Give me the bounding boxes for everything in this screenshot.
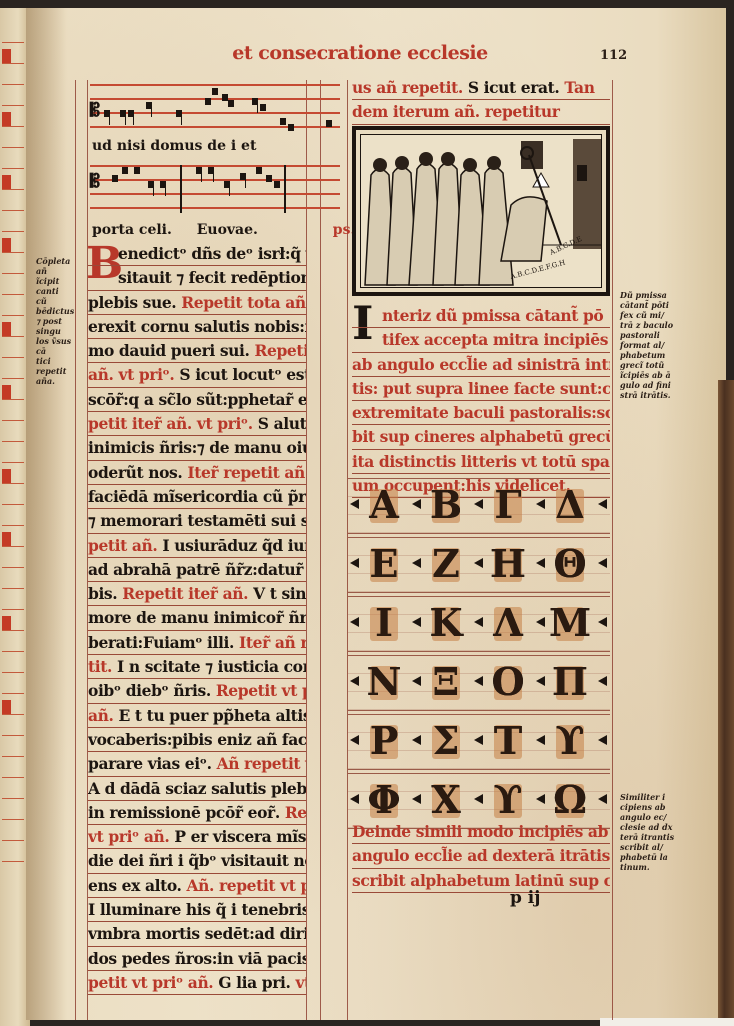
text-line: inimicis ñris:⁊ de manu oium q xyxy=(88,436,306,460)
rubric-span: vt pri xyxy=(295,973,306,992)
marginal-line: format al/ xyxy=(620,340,678,350)
greek-letter: Θ xyxy=(548,542,592,586)
greek-letter-row: ΝΞΟΠ xyxy=(348,655,610,711)
greek-letter: Χ xyxy=(424,778,468,822)
greek-letter-glyph: Ξ xyxy=(433,659,460,704)
greek-letter: Φ xyxy=(362,778,406,822)
text-line: plebis sue. Repetit tota añ. E t xyxy=(88,291,306,315)
text-line: A d dādā sciaz salutis plebi eiᵒ: xyxy=(88,777,306,801)
signature-mark: p ij xyxy=(510,888,540,908)
greek-letter: Ω xyxy=(548,778,592,822)
punctuation-mark-icon xyxy=(474,676,483,686)
music-staff: 𝄡 xyxy=(90,84,340,128)
punctuation-mark-icon xyxy=(598,499,607,509)
marginal-line: cātant̃ pōti xyxy=(620,300,678,310)
punctuation-mark-icon xyxy=(536,558,545,568)
text-span: faciēdā mĩsericordia cũ p̃ribᵒ ñris… xyxy=(88,487,306,506)
punctuation-mark-icon xyxy=(412,794,421,804)
text-span: G lia pri. xyxy=(218,973,295,992)
greek-letter: Ο xyxy=(486,660,530,704)
text-line: dem iterum añ. repetitur xyxy=(352,100,610,124)
rubric-span: petit vt priᵒ añ. xyxy=(88,973,218,992)
rubric-span: Añ repetit vt priᵒ xyxy=(217,754,306,773)
c-clef-icon: 𝄡 xyxy=(90,173,100,191)
marginal-line: cipiens ab xyxy=(620,802,678,812)
greek-letter: Ζ xyxy=(424,542,468,586)
greek-letter-glyph: Ν xyxy=(367,659,402,704)
greek-letter-glyph: Χ xyxy=(431,777,460,822)
text-line: oibᵒ diebᵒ ñris. Repetit vt prius xyxy=(88,679,306,703)
text-line: bis. Repetit iter̃ añ. V t sine ti xyxy=(88,582,306,606)
punctuation-mark-icon xyxy=(474,794,483,804)
marginal-line: phabetum xyxy=(620,350,678,360)
text-line: vt priᵒ añ. P er viscera mĩsericor xyxy=(88,825,306,849)
greek-letter-glyph: Ι xyxy=(375,600,393,645)
greek-letter-glyph: Γ xyxy=(495,482,522,527)
rubric-span: petit añ. xyxy=(88,536,162,555)
text-line: in remissionē pcōr̃ eor̃. Repetit xyxy=(88,801,306,825)
column-rule xyxy=(320,80,321,1020)
greek-letter: Λ xyxy=(486,601,530,645)
punctuation-mark-icon xyxy=(350,558,359,568)
rubric-line: Deinde simili modo incipiēs ab xyxy=(352,820,610,844)
text-span: die dei ñri i q̃bᵒ visitauit nos ori xyxy=(88,851,306,870)
text-line: enedictᵒ dñs deᵒ isrł:q̃ vi xyxy=(88,242,306,266)
punctuation-mark-icon xyxy=(412,558,421,568)
rubric-line: ita distinctis litteris vt totū spaci xyxy=(352,450,610,474)
text-span: ad abrahā patrē ñr̃z:datur̃ se no xyxy=(88,560,306,579)
marginal-line: ĩcipiēs ab ā xyxy=(620,370,678,380)
rubric-line: angulo eccl̃ie ad dexterā itrātis: xyxy=(352,844,610,868)
text-line: mo dauid pueri sui. Repetit tota xyxy=(88,339,306,363)
greek-letter: Ρ xyxy=(362,719,406,763)
right-rubric-text: nteriz dũ pmissa cātant̃ pōtifex acce… xyxy=(352,304,610,498)
rubric-line: scribit alphabetum latinū sup ci. xyxy=(352,869,610,893)
greek-letter: Ξ xyxy=(424,660,468,704)
text-span: more de manu inimicor̃ ñror̃ li xyxy=(88,608,306,627)
punctuation-mark-icon xyxy=(474,558,483,568)
greek-letter-row: ΙΚΛΜ xyxy=(348,596,610,652)
punctuation-mark-icon xyxy=(536,735,545,745)
marginal-line: Dũ pmissa xyxy=(620,290,678,300)
marginal-line: Cōpleta añ xyxy=(36,256,80,276)
greek-letter: ϒ xyxy=(548,719,592,763)
euouae-text: Euovae. xyxy=(197,222,258,238)
greek-letter: Β xyxy=(424,483,468,527)
rubric-span: Iter̃ repetit añ. xyxy=(187,463,306,482)
punctuation-mark-icon xyxy=(536,617,545,627)
punctuation-mark-icon xyxy=(474,617,483,627)
punctuation-mark-icon xyxy=(598,735,607,745)
greek-letter-glyph: Ο xyxy=(491,659,524,704)
column-rule xyxy=(612,80,613,1020)
greek-letter-glyph: ϒ xyxy=(493,777,522,822)
left-marginal-note: Cōpleta añĩcipit canticũ bēdictus⁊ po… xyxy=(36,256,80,386)
punctuation-mark-icon xyxy=(474,735,483,745)
text-span: parare vias eiᵒ. xyxy=(88,754,217,773)
greek-letter: ϒ xyxy=(486,778,530,822)
punctuation-mark-icon xyxy=(474,499,483,509)
text-span: scōr̃:q a sc̃lo sũt:pphetar̃ eiᵒ. xyxy=(88,390,306,409)
rubric-line: nteriz dũ pmissa cātant̃ pō xyxy=(352,304,610,328)
greek-letter-glyph: Θ xyxy=(553,541,586,586)
rubric-span: us añ repetit. xyxy=(352,78,468,97)
rubric-span: vt priᵒ añ. xyxy=(88,827,174,846)
text-span: V t sine ti xyxy=(253,584,306,603)
marginal-line: strā itrātis. xyxy=(620,390,678,400)
text-line: añ. vt priᵒ. S icut locutᵒ est pos xyxy=(88,363,306,387)
text-span: enedictᵒ dñs deᵒ isrł:q̃ vi xyxy=(118,244,306,263)
rubric-span: tit. xyxy=(88,657,117,676)
consecration-scene-image: A.B.C.D.E A.B.C.D.E.F.G.H xyxy=(361,135,602,288)
text-span: bis. xyxy=(88,584,122,603)
punctuation-mark-icon xyxy=(412,499,421,509)
punctuation-mark-icon xyxy=(350,617,359,627)
greek-letter-glyph: Μ xyxy=(549,600,591,645)
greek-letter-glyph: Φ xyxy=(367,777,400,822)
text-span: in remissionē pcōr̃ eor̃. xyxy=(88,803,285,822)
chant-lyric: porta celi. Euovae. ps. xyxy=(92,222,355,238)
greek-letter: Τ xyxy=(486,719,530,763)
text-span: I n scitate ⁊ iusticia corā ipso xyxy=(117,657,306,676)
text-span: inimicis ñris:⁊ de manu oium q xyxy=(88,438,306,457)
marginal-line: scribit al/ xyxy=(620,842,678,852)
punctuation-mark-icon xyxy=(350,676,359,686)
greek-letter-glyph: Α xyxy=(369,482,398,527)
text-line: berati:Fuiamᵒ illi. Iter̃ añ repe xyxy=(88,631,306,655)
rubric-span: Añ. repetit vt prius. xyxy=(187,876,306,895)
greek-letter-glyph: Λ xyxy=(493,600,522,645)
punctuation-mark-icon xyxy=(536,499,545,509)
right-bottom-rubric-text: Deinde simili modo incipiēs abangulo ec… xyxy=(352,820,610,893)
greek-letter-glyph: Ρ xyxy=(370,718,399,763)
greek-letter: Ι xyxy=(362,601,406,645)
marginal-line: ĩcipit canti xyxy=(36,276,80,296)
rubric-line: tifex accepta mitra incipiēs xyxy=(352,328,610,352)
rubric-line: tis: put supra linee facte sunt:cuz xyxy=(352,377,610,401)
text-span: ⁊ memorari testamēti sui sc̃ti. xyxy=(88,511,306,530)
punctuation-mark-icon xyxy=(412,617,421,627)
text-span: plebis sue. xyxy=(88,293,181,312)
left-text-column: enedictᵒ dñs deᵒ isrł:q̃ visitauit ⁊ fec… xyxy=(88,242,306,995)
text-line: vmbra mortis sedēt:ad dirigen xyxy=(88,922,306,946)
greek-letter-glyph: ϒ xyxy=(555,718,584,763)
column-rule xyxy=(75,80,76,1020)
text-span: erexit cornu salutis nobis:in do xyxy=(88,317,306,336)
rubric-span: Tan xyxy=(564,78,594,97)
text-span: vmbra mortis sedēt:ad dirigen xyxy=(88,924,306,943)
text-line: us añ repetit. S icut erat. Tan xyxy=(352,76,610,100)
column-rule xyxy=(306,80,307,1020)
scan-background xyxy=(600,1018,734,1026)
rubric-line: bit sup cineres alphabetū grecū: xyxy=(352,425,610,449)
rubric-span: Repetit iter̃ añ. xyxy=(122,584,253,603)
greek-letter: Κ xyxy=(424,601,468,645)
text-line: vocaberis:pibis eniz añ faciē dñi xyxy=(88,728,306,752)
greek-letter-glyph: Π xyxy=(552,659,588,704)
text-span: I lluminare his q̃ i tenebris ⁊ i xyxy=(88,900,306,919)
lyric-text: porta celi. xyxy=(92,222,177,238)
greek-alphabet-grid: ΑΒΓΔΕΖΗΘΙΚΛΜΝΞΟΠΡΣΤϒΦΧϒΩ xyxy=(348,478,610,832)
text-line: more de manu inimicor̃ ñror̃ li xyxy=(88,606,306,630)
rubric-span: petit iter̃ añ. vt priᵒ. xyxy=(88,414,258,433)
marginal-line: angulo ec/ xyxy=(620,812,678,822)
chant-lyric: ud nisi domus de i et xyxy=(92,138,256,154)
marginal-line: ⁊ post singu xyxy=(36,316,80,336)
spine-shadow xyxy=(26,8,66,1020)
c-clef-icon: 𝄡 xyxy=(90,102,100,120)
text-line: dos pedes ñros:in viā pacis. Re xyxy=(88,947,306,971)
punctuation-mark-icon xyxy=(350,794,359,804)
text-line: oderũt nos. Iter̃ repetit añ. A d xyxy=(88,461,306,485)
greek-letter: Σ xyxy=(424,719,468,763)
marginal-line: aña. xyxy=(36,376,80,386)
woodcut-illustration: A.B.C.D.E A.B.C.D.E.F.G.H xyxy=(352,126,610,296)
greek-letter-glyph: Σ xyxy=(433,718,460,763)
rubric-span: Repetit tota añ. xyxy=(181,293,306,312)
marginal-line: gulo ad fini xyxy=(620,380,678,390)
marginal-line: trā z baculo xyxy=(620,320,678,330)
punctuation-mark-icon xyxy=(598,794,607,804)
text-span: S icut locutᵒ est pos xyxy=(179,365,306,384)
text-span: oibᵒ diebᵒ ñris. xyxy=(88,681,216,700)
greek-letter: Π xyxy=(548,660,592,704)
music-staff: 𝄡 xyxy=(90,165,340,209)
text-span: vocaberis:pibis eniz añ faciē dñi xyxy=(88,730,306,749)
punctuation-mark-icon xyxy=(536,794,545,804)
text-span: sitauit ⁊ fecit redēptionem xyxy=(118,268,306,287)
rubric-span: Iter̃ añ repe xyxy=(239,633,306,652)
greek-letter: Μ xyxy=(548,601,592,645)
text-span: oderũt nos. xyxy=(88,463,187,482)
folio-number: 112 xyxy=(600,48,627,63)
rubric-span: dem iterum añ. repetitur xyxy=(352,102,560,121)
rubric-span: Repetit vt prius xyxy=(216,681,306,700)
text-span: S alutez ex xyxy=(258,414,306,433)
rubric-span: Repetit tota xyxy=(255,341,306,360)
text-line: sitauit ⁊ fecit redēptionem xyxy=(88,266,306,290)
greek-letter: Η xyxy=(486,542,530,586)
text-line: tit. I n scitate ⁊ iusticia corā ipso xyxy=(88,655,306,679)
greek-letter-glyph: Κ xyxy=(429,600,462,645)
text-line: ens ex alto. Añ. repetit vt prius. xyxy=(88,874,306,898)
book-fore-edge xyxy=(718,380,734,1020)
marginal-line: tinum. xyxy=(620,862,678,872)
text-line: petit iter̃ añ. vt priᵒ. S alutez ex xyxy=(88,412,306,436)
punctuation-mark-icon xyxy=(598,617,607,627)
greek-letter-glyph: Ζ xyxy=(432,541,460,586)
text-span: P er viscera mĩsericor xyxy=(174,827,306,846)
text-line: añ. E t tu puer pp̃heta altissimi xyxy=(88,704,306,728)
text-line: scōr̃:q a sc̃lo sũt:pphetar̃ eiᵒ. Re xyxy=(88,388,306,412)
rubric-line: extremitate baculi pastoralis:scri xyxy=(352,401,610,425)
rubric-span: añ. vt priᵒ. xyxy=(88,365,179,384)
punctuation-mark-icon xyxy=(412,676,421,686)
text-line: ⁊ memorari testamēti sui sc̃ti. Re xyxy=(88,509,306,533)
greek-letter-glyph: Δ xyxy=(555,482,584,527)
text-span: E t tu puer pp̃heta altissimi xyxy=(119,706,306,725)
text-line: petit vt priᵒ añ. G lia pri. vt pri xyxy=(88,971,306,995)
rubric-span: Repetit xyxy=(285,803,306,822)
marginal-line: grecĩ totũ xyxy=(620,360,678,370)
text-span: A d dādā sciaz salutis plebi eiᵒ: xyxy=(88,779,306,798)
right-column-top-text: us añ repetit. S icut erat. Tandem iteru… xyxy=(352,76,610,125)
text-span: berati:Fuiamᵒ illi. xyxy=(88,633,239,652)
rubric-line: ab angulo eccl̃ie ad sinistrā intrā xyxy=(352,353,610,377)
greek-letter: Α xyxy=(362,483,406,527)
text-line: parare vias eiᵒ. Añ repetit vt priᵒ xyxy=(88,752,306,776)
punctuation-mark-icon xyxy=(598,558,607,568)
punctuation-mark-icon xyxy=(412,735,421,745)
marginal-line: cũ bēdictus xyxy=(36,296,80,316)
greek-letter-glyph: Η xyxy=(490,541,526,586)
marginal-line: pastorali xyxy=(620,330,678,340)
marginal-line: fex cũ mi/ xyxy=(620,310,678,320)
text-line: die dei ñri i q̃bᵒ visitauit nos ori xyxy=(88,849,306,873)
previous-leaf-text-strip xyxy=(2,28,24,1008)
text-line: erexit cornu salutis nobis:in do xyxy=(88,315,306,339)
greek-letter-glyph: Τ xyxy=(494,718,522,763)
greek-letter-glyph: Ω xyxy=(553,777,587,822)
running-head: et consecratione ecclesie xyxy=(230,42,490,64)
greek-letter: Δ xyxy=(548,483,592,527)
greek-letter: Γ xyxy=(486,483,530,527)
text-span: ens ex alto. xyxy=(88,876,187,895)
text-span: S icut erat. xyxy=(468,78,565,97)
greek-letter-row: ΡΣΤϒ xyxy=(348,714,610,770)
punctuation-mark-icon xyxy=(350,499,359,509)
punctuation-mark-icon xyxy=(598,676,607,686)
rubric-span: añ. xyxy=(88,706,119,725)
greek-letter: Ε xyxy=(362,542,406,586)
marginal-line: los ṽsus cā xyxy=(36,336,80,356)
marginal-line: terā itrantis xyxy=(620,832,678,842)
greek-letter-row: ΑΒΓΔ xyxy=(348,478,610,534)
punctuation-mark-icon xyxy=(536,676,545,686)
right-marginal-note-upper: Dũ pmissacātant̃ pōtifex cũ mi/trā … xyxy=(620,290,678,400)
text-span: mo dauid pueri sui. xyxy=(88,341,255,360)
marginal-line: clesie ad dx xyxy=(620,822,678,832)
right-marginal-note-lower: Similiter icipiens abangulo ec/clesie ad… xyxy=(620,792,678,872)
marginal-line: tici repetit xyxy=(36,356,80,376)
marginal-line: phabetū la xyxy=(620,852,678,862)
text-span: dos pedes ñros:in viā pacis. xyxy=(88,949,306,968)
marginal-line: Similiter i xyxy=(620,792,678,802)
greek-letter-glyph: Β xyxy=(430,482,462,527)
greek-letter-row: ΕΖΗΘ xyxy=(348,537,610,593)
punctuation-mark-icon xyxy=(350,735,359,745)
text-line: faciēdā mĩsericordia cũ p̃ribᵒ ñris… xyxy=(88,485,306,509)
text-span: I usiurāduz q̃d iurauit xyxy=(162,536,306,555)
greek-letter-glyph: Ε xyxy=(370,541,399,586)
greek-letter: Ν xyxy=(362,660,406,704)
text-line: I lluminare his q̃ i tenebris ⁊ i xyxy=(88,898,306,922)
text-line: petit añ. I usiurāduz q̃d iurauit xyxy=(88,534,306,558)
text-line: ad abrahā patrē ñr̃z:datur̃ se no xyxy=(88,558,306,582)
